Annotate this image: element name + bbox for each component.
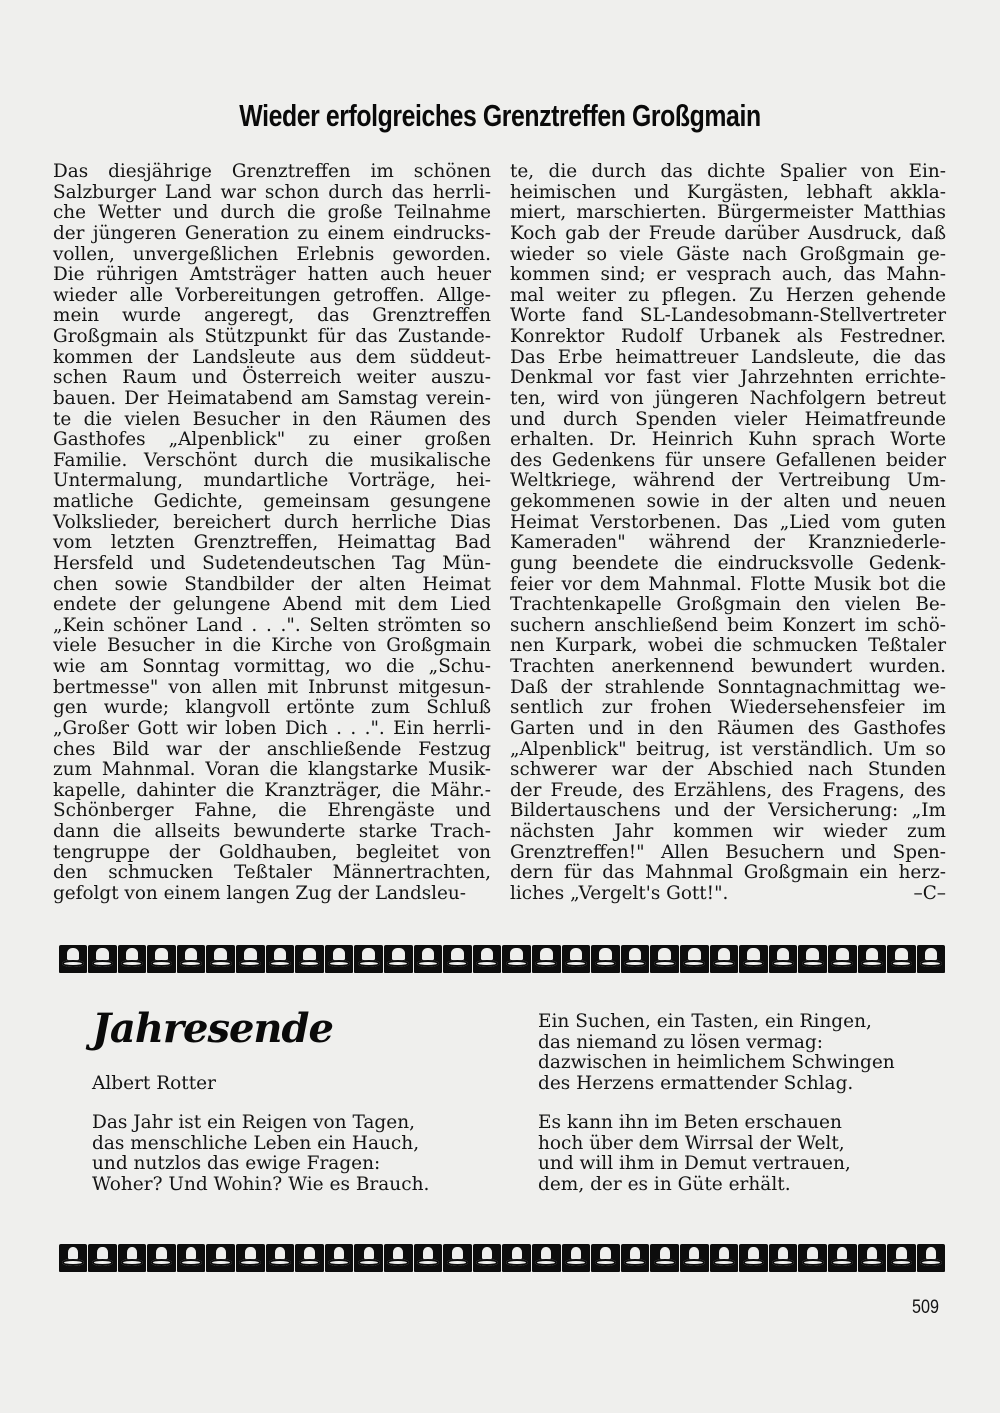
- article-line: gefolgt von einem langen Zug der Landsle…: [53, 884, 491, 905]
- bell-icon: [680, 945, 709, 973]
- article-line: Untermalung, mundartliche Vorträge, hei-: [53, 471, 491, 492]
- article-line: Trachtenkapelle Großgmain den vielen Be-: [510, 595, 946, 616]
- article-line: Salzburger Land war schon durch das herr…: [53, 183, 491, 204]
- article-line: viele Besucher in die Kirche von Großgma…: [53, 636, 491, 657]
- article-line: wie am Sonntag vormittag, wo die „Schu-: [53, 657, 491, 678]
- article-line: des Gedenkens für unsere Gefallenen beid…: [510, 451, 946, 472]
- bell-icon: [354, 945, 383, 973]
- bell-icon: [739, 945, 768, 973]
- poem-line: Ein Suchen, ein Tasten, ein Ringen,: [538, 1012, 895, 1033]
- poem-line: Es kann ihn im Beten erschauen: [538, 1113, 851, 1134]
- bell-icon: [591, 1244, 620, 1272]
- bell-icon: [414, 1244, 443, 1272]
- article-line: wieder so viele Gäste nach Großgmain ge-: [510, 245, 946, 266]
- article-line: erhalten. Dr. Heinrich Kuhn sprach Worte: [510, 430, 946, 451]
- article-line: Worte fand SL-Landesobmann-Stellvertrete…: [510, 306, 946, 327]
- article-line: endete der gelungene Abend mit dem Lied: [53, 595, 491, 616]
- article-line: Familie. Verschönt durch die musikalisch…: [53, 451, 491, 472]
- article-line: heimischen und Kurgästen, lebhaft akkla-: [510, 183, 946, 204]
- article-line: Heimat Verstorbenen. Das „Lied vom guten: [510, 513, 946, 534]
- bell-icon: [414, 945, 443, 973]
- article-line: kommen sind; er vesprach auch, das Mahn-: [510, 265, 946, 286]
- article-line: und durch Spenden vieler Heimatfreunde: [510, 410, 946, 431]
- article-line: Kameraden" während der Kranzniederle-: [510, 533, 946, 554]
- bell-icon: [295, 1244, 324, 1272]
- bell-icon: [739, 1244, 768, 1272]
- bell-icon: [798, 1244, 827, 1272]
- bell-icon: [680, 1244, 709, 1272]
- article-line: Weltkriege, während der Vertreibung Um-: [510, 471, 946, 492]
- bell-ornament-border-top: [58, 945, 946, 973]
- poem-line: dazwischen in heimlichem Schwingen: [538, 1053, 895, 1074]
- article-line: vollen, unvergeßlichen Erlebnis geworden…: [53, 245, 491, 266]
- bell-icon: [562, 945, 591, 973]
- article-line: bauen. Der Heimatabend am Samstag verein…: [53, 389, 491, 410]
- article-line: matliche Gedichte, gemeinsam gesungene: [53, 492, 491, 513]
- bell-icon: [266, 945, 295, 973]
- article-line: ten, wird von jüngeren Nachfolgern betre…: [510, 389, 946, 410]
- poem-title: Jahresende: [92, 1005, 333, 1052]
- article-line: gekommenen sowie in der alten und neuen: [510, 492, 946, 513]
- bell-icon: [236, 1244, 265, 1272]
- bell-icon: [769, 1244, 798, 1272]
- bell-icon: [621, 945, 650, 973]
- bell-icon: [59, 945, 88, 973]
- bell-icon: [147, 945, 176, 973]
- magazine-page: Wieder erfolgreiches Grenztreffen Großgm…: [0, 0, 1000, 1413]
- bell-icon: [473, 945, 502, 973]
- bell-icon: [710, 945, 739, 973]
- poem-line: das menschliche Leben ein Hauch,: [92, 1134, 429, 1155]
- bell-icon: [887, 945, 916, 973]
- poem-line: und will ihm in Demut vertrauen,: [538, 1154, 851, 1175]
- article-line: bertmesse" von allen mit Inbrunst mitges…: [53, 678, 491, 699]
- article-line: che Wetter und durch die große Teilnahme: [53, 203, 491, 224]
- article-line: miert, marschierten. Bürgermeister Matth…: [510, 203, 946, 224]
- article-line: schen Raum und Österreich weiter auszu-: [53, 368, 491, 389]
- article-line: Schönberger Fahne, die Ehrengäste und: [53, 801, 491, 822]
- article-line: kommen der Landsleute aus dem süddeut-: [53, 348, 491, 369]
- article-line: tengruppe der Goldhauben, begleitet von: [53, 843, 491, 864]
- article-line: Trachten anerkennend bewundert wurden.: [510, 657, 946, 678]
- article-line: schwerer war der Abschied nach Stunden: [510, 760, 946, 781]
- bell-icon: [88, 1244, 117, 1272]
- bell-icon: [502, 1244, 531, 1272]
- article-line: dern für das Mahnmal Großgmain ein herz-: [510, 863, 946, 884]
- poem-stanza-1: Das Jahr ist ein Reigen von Tagen, das m…: [92, 1113, 429, 1195]
- bell-icon: [562, 1244, 591, 1272]
- bell-icon: [88, 945, 117, 973]
- bell-icon: [591, 945, 620, 973]
- article-line: te die vielen Besucher in den Räumen des: [53, 410, 491, 431]
- article-line: Grenztreffen!" Allen Besuchern und Spen-: [510, 843, 946, 864]
- article-line: Bildertauschens und der Versicherung: „I…: [510, 801, 946, 822]
- article-line: Die rührigen Amtsträger hatten auch heue…: [53, 265, 491, 286]
- bell-icon: [177, 945, 206, 973]
- bell-icon: [236, 945, 265, 973]
- article-line: nächsten Jahr kommen wir wieder zum: [510, 822, 946, 843]
- poem-stanza-3: Es kann ihn im Beten erschauen hoch über…: [538, 1113, 851, 1195]
- bell-icon: [443, 1244, 472, 1272]
- article-line: Das diesjährige Grenztreffen im schönen: [53, 162, 491, 183]
- article-line: Das Erbe heimattreuer Landsleute, die da…: [510, 348, 946, 369]
- article-line: wieder alle Vorbereitungen getroffen. Al…: [53, 286, 491, 307]
- bell-ornament-border-bottom: [58, 1244, 946, 1272]
- article-line: der Freude, des Erzählens, des Fragens, …: [510, 781, 946, 802]
- bell-icon: [917, 945, 946, 973]
- bell-icon: [650, 1244, 679, 1272]
- bell-icon: [917, 1244, 946, 1272]
- bell-icon: [206, 945, 235, 973]
- article-line: nen Kurpark, wobei die schmucken Teßtale…: [510, 636, 946, 657]
- bell-icon: [502, 945, 531, 973]
- article-column-right: te, die durch das dichte Spalier von Ein…: [510, 162, 946, 905]
- poem-line: hoch über dem Wirrsal der Welt,: [538, 1134, 851, 1155]
- bell-icon: [532, 945, 561, 973]
- bell-icon: [798, 945, 827, 973]
- bell-icon: [118, 1244, 147, 1272]
- article-line: „Großer Gott wir loben Dich . . .". Ein …: [53, 719, 491, 740]
- article-column-left: Das diesjährige Grenztreffen im schönenS…: [53, 162, 491, 905]
- article-line: der jüngeren Generation zu einem eindruc…: [53, 224, 491, 245]
- bell-icon: [384, 945, 413, 973]
- bell-icon: [769, 945, 798, 973]
- bell-icon: [118, 945, 147, 973]
- article-line: Daß der strahlende Sonntagnachmittag we-: [510, 678, 946, 699]
- article-line: Gasthofes „Alpenblick" zu einer großen: [53, 430, 491, 451]
- bell-icon: [354, 1244, 383, 1272]
- page-number: 509: [912, 1297, 939, 1319]
- article-line: Denkmal vor fast vier Jahrzehnten errich…: [510, 368, 946, 389]
- article-line: Volkslieder, bereichert durch herrliche …: [53, 513, 491, 534]
- bell-icon: [828, 1244, 857, 1272]
- bell-icon: [325, 1244, 354, 1272]
- poem-line: das niemand zu lösen vermag:: [538, 1033, 895, 1054]
- bell-icon: [710, 1244, 739, 1272]
- article-line: den schmucken Teßtaler Männertrachten,: [53, 863, 491, 884]
- bell-icon: [266, 1244, 295, 1272]
- article-line: Garten und in den Räumen des Gasthofes: [510, 719, 946, 740]
- article-line: gen wurde; klangvoll ertönte zum Schluß: [53, 698, 491, 719]
- article-line: Konrektor Rudolf Urbanek als Festredner.: [510, 327, 946, 348]
- poem-line: dem, der es in Güte erhält.: [538, 1175, 851, 1196]
- poem-line: Das Jahr ist ein Reigen von Tagen,: [92, 1113, 429, 1134]
- article-line: ches Bild war der anschließende Festzug: [53, 740, 491, 761]
- article-closing-text: liches „Vergelt's Gott!".: [510, 883, 728, 904]
- article-line: „Alpenblick" beitrug, ist verständlich. …: [510, 740, 946, 761]
- article-line: kapelle, dahinter die Kranzträger, die M…: [53, 781, 491, 802]
- poem-line: Woher? Und Wohin? Wie es Brauch.: [92, 1175, 429, 1196]
- poem-stanza-2: Ein Suchen, ein Tasten, ein Ringen, das …: [538, 1012, 895, 1094]
- article-closing-line: liches „Vergelt's Gott!".–C–: [510, 884, 946, 905]
- poem-author: Albert Rotter: [92, 1073, 216, 1094]
- article-line: Hersfeld und Sudetendeutschen Tag Mün-: [53, 554, 491, 575]
- bell-icon: [206, 1244, 235, 1272]
- article-line: gung beendete die eindrucksvolle Gedenk-: [510, 554, 946, 575]
- bell-icon: [384, 1244, 413, 1272]
- bell-icon: [295, 945, 324, 973]
- article-line: zum Mahnmal. Voran die klangstarke Musik…: [53, 760, 491, 781]
- bell-icon: [532, 1244, 561, 1272]
- author-signature: –C–: [914, 884, 946, 905]
- bell-icon: [473, 1244, 502, 1272]
- article-line: mal weiter zu pflegen. Zu Herzen gehende: [510, 286, 946, 307]
- bell-icon: [858, 945, 887, 973]
- bell-icon: [443, 945, 472, 973]
- article-line: „Kein schöner Land . . .". Selten strömt…: [53, 616, 491, 637]
- article-line: te, die durch das dichte Spalier von Ein…: [510, 162, 946, 183]
- poem-line: und nutzlos das ewige Fragen:: [92, 1154, 429, 1175]
- bell-icon: [621, 1244, 650, 1272]
- bell-icon: [858, 1244, 887, 1272]
- article-line: mein wurde angeregt, das Grenztreffen: [53, 306, 491, 327]
- article-title: Wieder erfolgreiches Grenztreffen Großgm…: [100, 98, 900, 134]
- bell-icon: [59, 1244, 88, 1272]
- bell-icon: [887, 1244, 916, 1272]
- bell-icon: [828, 945, 857, 973]
- article-line: dann die allseits bewunderte starke Trac…: [53, 822, 491, 843]
- article-line: vom letzten Grenztreffen, Heimattag Bad: [53, 533, 491, 554]
- article-line: sentlich zur frohen Wiedersehensfeier im: [510, 698, 946, 719]
- bell-icon: [650, 945, 679, 973]
- article-line: suchern anschließend beim Konzert im sch…: [510, 616, 946, 637]
- poem-line: des Herzens ermattender Schlag.: [538, 1074, 895, 1095]
- bell-icon: [325, 945, 354, 973]
- article-line: Koch gab der Freude darüber Ausdruck, da…: [510, 224, 946, 245]
- bell-icon: [147, 1244, 176, 1272]
- bell-icon: [177, 1244, 206, 1272]
- article-line: feier vor dem Mahnmal. Flotte Musik bot …: [510, 575, 946, 596]
- article-line: chen sowie Standbilder der alten Heimat: [53, 575, 491, 596]
- article-line: Großgmain als Stützpunkt für das Zustand…: [53, 327, 491, 348]
